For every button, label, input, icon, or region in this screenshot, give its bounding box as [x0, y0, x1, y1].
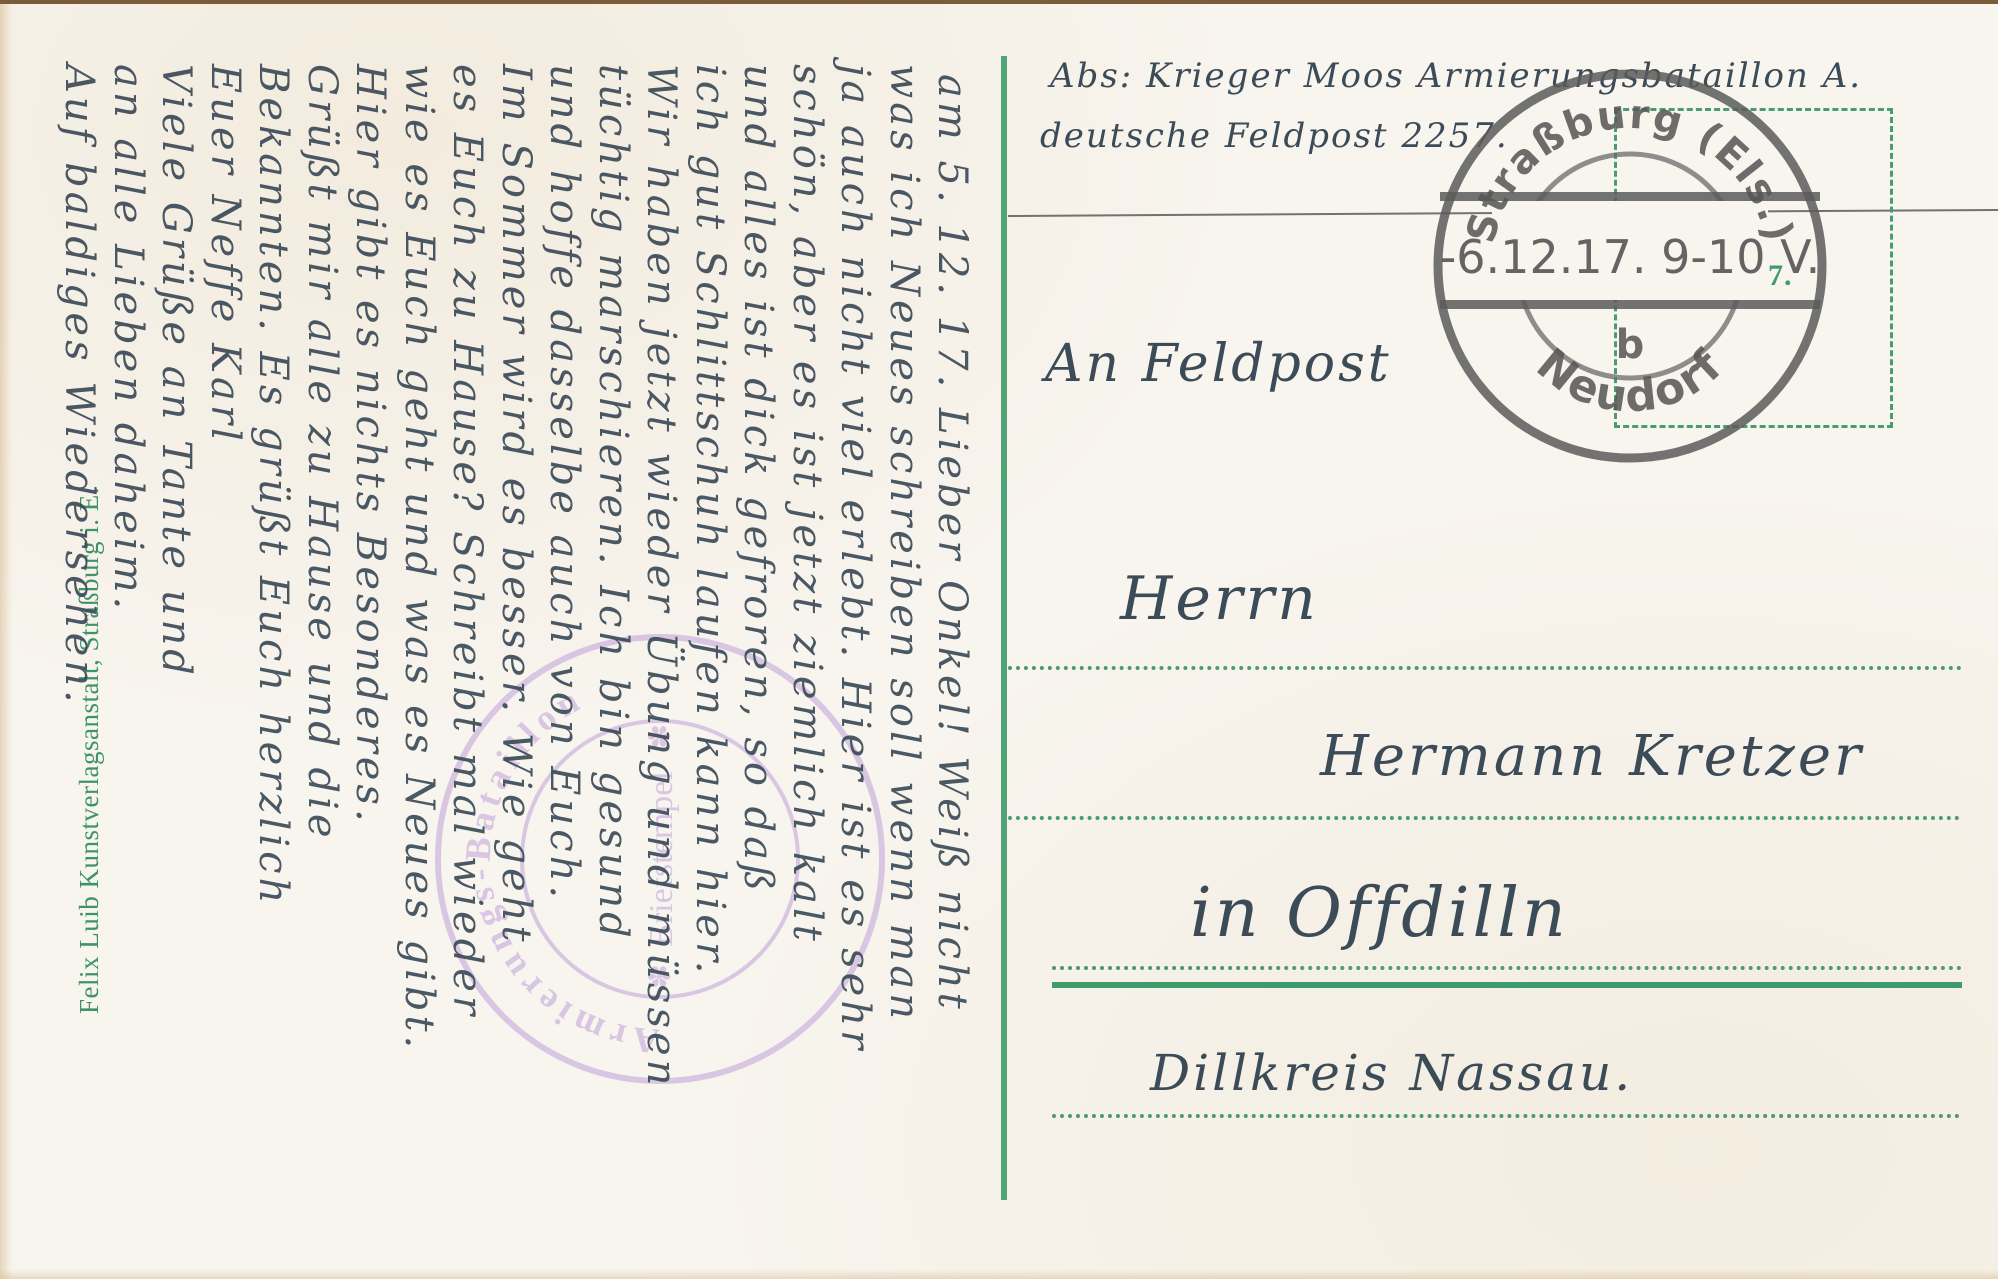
- address-line-4: [1052, 1114, 1960, 1118]
- address-line-2: [1008, 816, 1960, 820]
- message-line: Viele Grüße an Tante und: [153, 64, 199, 679]
- postcard: Armierungs-Bataillon Briefstempel ✽ ✽ Fe…: [0, 0, 1998, 1279]
- address-line-1: [1008, 666, 1962, 670]
- address-salutation: Herrn: [1120, 564, 1319, 634]
- address-name: Hermann Kretzer: [1320, 724, 1864, 789]
- postmark-date: -6.12.17. 9-10 V.: [1440, 230, 1821, 284]
- message-line: ich gut Schlittschuh laufen kann hier.: [687, 64, 733, 977]
- message-line: wie es Euch geht und was es Neues gibt.: [396, 64, 442, 1052]
- message-line: ja auch nicht viel erlebt. Hier ist es s…: [832, 64, 878, 1053]
- address-place: in Offdilln: [1190, 874, 1569, 953]
- address-underline: [1052, 982, 1962, 988]
- message-line: und alles ist dick gefroren, so daß: [735, 64, 781, 895]
- address-service-note: An Feldpost: [1045, 334, 1392, 394]
- message-line: tüchtig marschieren. Ich bin gesund: [590, 64, 636, 942]
- message-line: Wir haben jetzt wieder Übung und müssen: [638, 64, 684, 1089]
- paper-edge-left: [0, 4, 12, 1279]
- message-line: Grüßt mir alle zu Hause und die: [299, 64, 345, 842]
- address-district: Dillkreis Nassau.: [1150, 1044, 1633, 1102]
- message-line: an alle Lieben daheim.: [105, 64, 151, 613]
- message-line: Euer Neffe Karl: [202, 64, 248, 445]
- message-line: Hier gibt es nichts Besonderes.: [347, 64, 393, 826]
- message-line: was ich Neues schreiben soll wenn man: [881, 64, 927, 1023]
- message-line: es Euch zu Hause? Schreibt mal wieder: [444, 64, 490, 1019]
- message-line: Bekannten. Es grüßt Euch herzlich: [250, 64, 296, 907]
- message-line: und hoffe dasselbe auch von Euch.: [541, 64, 587, 902]
- paper-edge-bottom: [0, 1269, 1998, 1279]
- address-line-3: [1052, 966, 1962, 970]
- divider-vertical: [1001, 56, 1007, 1200]
- postmark: Straßburg (Els.) -6.12.17. 9-10 V. b Neu…: [1432, 68, 1828, 464]
- message-line: Auf baldiges Wiedersehen.: [56, 64, 102, 707]
- message-line: schön, aber es ist jetzt ziemlich kalt: [784, 64, 830, 945]
- postmark-letter: b: [1616, 322, 1645, 368]
- message-line: Im Sommer wird es besser. Wie geht: [493, 64, 539, 946]
- message-line: am 5. 12. 17. Lieber Onkel! Weiß nicht: [929, 74, 975, 1013]
